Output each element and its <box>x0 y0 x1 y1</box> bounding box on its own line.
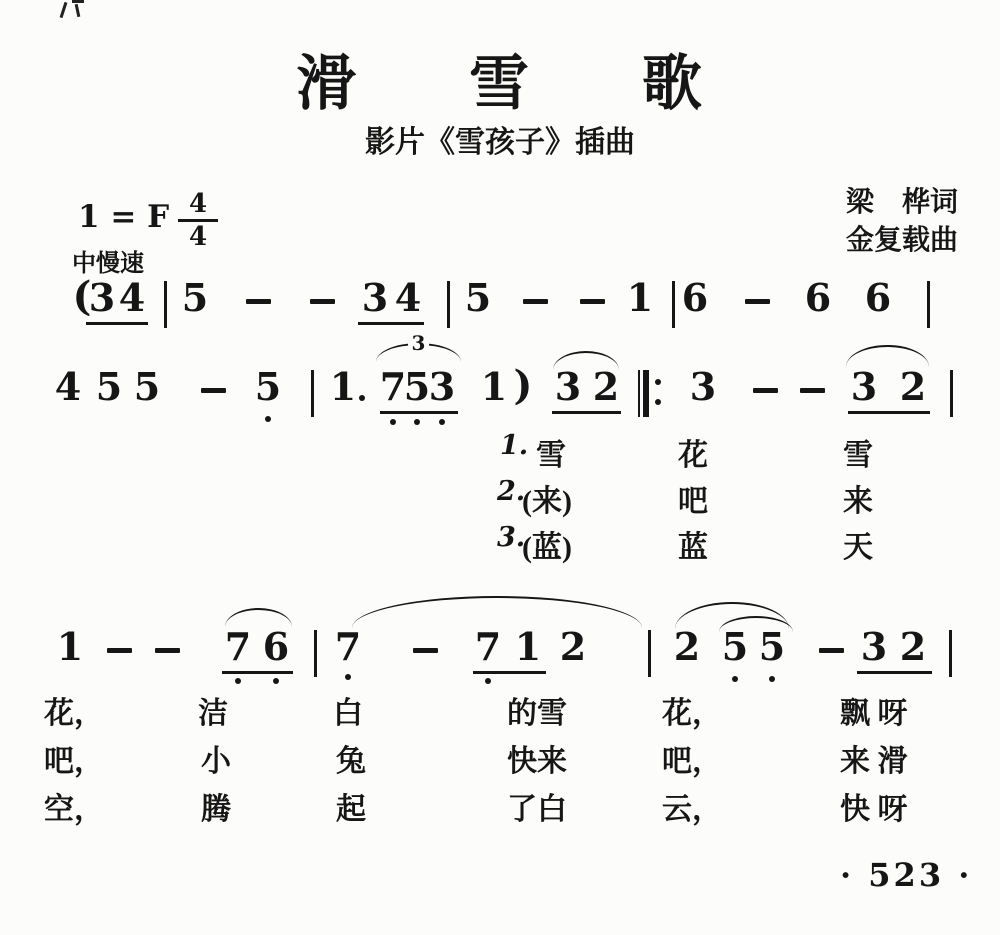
duration-dash <box>753 388 778 393</box>
note: 5 <box>458 279 498 317</box>
note: 3 <box>844 368 884 406</box>
beam-underline <box>552 411 621 414</box>
beam-underline <box>86 322 148 325</box>
time-signature: 4 4 <box>178 190 218 251</box>
verse-lyric-segment: 花 <box>678 430 708 474</box>
low-octave-dot <box>414 419 420 425</box>
note: 5 <box>752 628 792 666</box>
low-octave-dot <box>439 419 445 425</box>
composer-credit: 金复载曲 <box>846 222 958 260</box>
note: 5 <box>89 368 129 406</box>
note: 7 <box>468 628 508 666</box>
repeat-dot <box>655 379 661 385</box>
verse-lyric-segment: 吧 <box>678 476 708 520</box>
verse-lyric-segment: 2. <box>497 476 525 507</box>
lyric-segment: 云， <box>662 784 722 828</box>
augmentation-dot <box>359 395 365 401</box>
lyric-segment: 起 <box>336 784 366 828</box>
meter-denominator: 4 <box>178 222 218 251</box>
lyric-segment: 洁 <box>198 688 228 732</box>
key-signature: 1 = F <box>78 199 169 235</box>
note: 1 <box>323 368 363 406</box>
scan-artifact <box>58 0 86 20</box>
note: 2 <box>893 628 933 666</box>
barline <box>927 281 930 328</box>
note: 5 <box>175 279 215 317</box>
note: 6 <box>675 279 715 317</box>
note: 2 <box>893 368 933 406</box>
verse-lyric-segment: 蓝 <box>678 522 708 566</box>
duration-dash <box>800 388 825 393</box>
barline <box>314 630 317 677</box>
repeat-thin-bar <box>638 370 640 417</box>
lyric-segment: 快 呀 <box>840 784 908 828</box>
note: 6 <box>256 628 296 666</box>
lyricist-credit: 梁 桦词 <box>846 184 958 222</box>
low-octave-dot <box>345 674 351 680</box>
note: 3 <box>683 368 723 406</box>
duration-dash <box>819 648 844 653</box>
beam-underline <box>222 671 293 674</box>
lyric-segment: 小 <box>201 736 231 780</box>
duration-dash <box>310 299 335 304</box>
low-octave-dot <box>273 678 279 684</box>
lyric-segment: 空， <box>44 784 104 828</box>
barline <box>164 281 167 328</box>
duration-dash <box>580 299 605 304</box>
note: 7 <box>328 628 368 666</box>
duration-dash <box>107 648 132 653</box>
verse-lyric-segment: 雪 <box>843 430 873 474</box>
lyric-segment: 白 <box>333 688 363 732</box>
note: 7 <box>218 628 258 666</box>
slur-arc <box>352 596 642 628</box>
note: 6 <box>858 279 898 317</box>
low-octave-dot <box>235 678 241 684</box>
repeat-thick-bar <box>643 370 649 417</box>
parenthesis: ) <box>511 366 535 406</box>
low-octave-dot <box>732 676 738 682</box>
lyric-segment: 花， <box>44 688 104 732</box>
note: 5 <box>248 368 288 406</box>
note: 2 <box>553 628 593 666</box>
note: 2 <box>667 628 707 666</box>
lyric-segment: 兔 <box>336 736 366 780</box>
note: 1 <box>508 628 548 666</box>
note: 1 <box>474 368 514 406</box>
note: 3 <box>548 368 588 406</box>
low-octave-dot <box>265 416 271 422</box>
credits: 梁 桦词 金复载曲 <box>846 184 958 260</box>
beam-underline <box>857 671 932 674</box>
note: 6 <box>798 279 838 317</box>
note: 1 <box>620 279 660 317</box>
note: 3 <box>422 368 462 406</box>
song-title: 滑 雪 歌 <box>0 36 1000 122</box>
barline <box>648 630 651 677</box>
lyric-segment: 了白 <box>507 784 567 828</box>
lyric-segment: 花， <box>662 688 722 732</box>
verse-lyric-segment: 天 <box>843 522 873 566</box>
meter-numerator: 4 <box>178 190 218 222</box>
beam-underline <box>380 411 458 414</box>
lyric-segment: 吧， <box>662 736 722 780</box>
repeat-dot <box>655 399 661 405</box>
note: 4 <box>388 279 428 317</box>
lyric-segment: 来 滑 <box>840 736 908 780</box>
beam-underline <box>848 411 930 414</box>
note: 3 <box>854 628 894 666</box>
repeat-begin-sign <box>638 370 664 417</box>
note: 4 <box>48 368 88 406</box>
slur-arc <box>553 351 619 370</box>
beam-underline <box>358 322 424 325</box>
slur-arc <box>846 345 929 367</box>
sheet-music-page: 滑 雪 歌 影片《雪孩子》插曲 梁 桦词 金复载曲 1 = F 4 4 中慢速 … <box>0 0 1000 935</box>
slur-arc <box>225 608 292 627</box>
low-octave-dot <box>390 419 396 425</box>
barline <box>311 370 314 417</box>
lyric-segment: 吧， <box>44 736 104 780</box>
note: 4 <box>112 279 152 317</box>
duration-dash <box>201 388 226 393</box>
barline <box>949 630 952 677</box>
note: 1 <box>50 628 90 666</box>
barline <box>447 281 450 328</box>
low-octave-dot <box>485 678 491 684</box>
duration-dash <box>523 299 548 304</box>
triplet-number: 3 <box>408 333 430 353</box>
song-subtitle: 影片《雪孩子》插曲 <box>0 117 1000 161</box>
duration-dash <box>155 648 180 653</box>
duration-dash <box>413 648 438 653</box>
note: 5 <box>715 628 755 666</box>
verse-lyric-segment: 1. <box>500 430 528 461</box>
low-octave-dot <box>769 676 775 682</box>
page-number: · 523 · <box>840 856 972 894</box>
beam-underline <box>473 671 546 674</box>
verse-lyric-segment: (来) <box>522 476 572 520</box>
note: 2 <box>586 368 626 406</box>
barline <box>950 370 953 417</box>
verse-lyric-segment: 雪 <box>536 430 566 474</box>
verse-lyric-segment: 来 <box>843 476 873 520</box>
note: 5 <box>127 368 167 406</box>
lyric-segment: 的雪 <box>507 688 567 732</box>
verse-lyric-segment: (蓝) <box>522 522 572 566</box>
lyric-segment: 快来 <box>507 736 567 780</box>
duration-dash <box>745 299 770 304</box>
lyric-segment: 腾 <box>201 784 231 828</box>
verse-lyric-segment: 3. <box>497 522 525 553</box>
lyric-segment: 飘 呀 <box>840 688 908 732</box>
duration-dash <box>246 299 271 304</box>
